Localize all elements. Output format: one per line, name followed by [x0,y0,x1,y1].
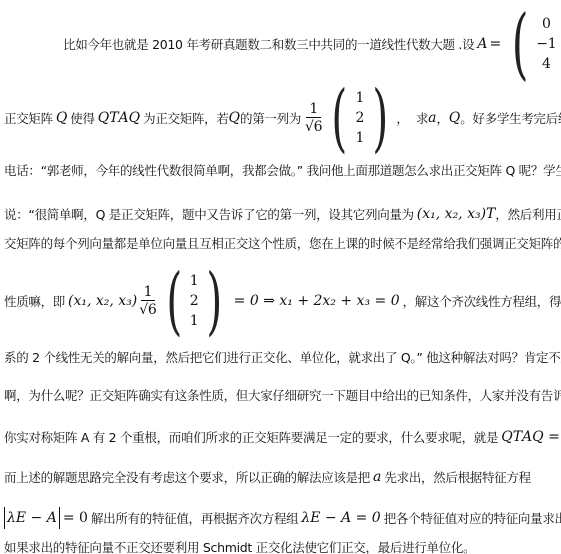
line-4: 说：“很简单啊，Q 是正交矩阵，题中又告诉了它的第一列，设其它列向量为 (x₁,… [4,203,561,225]
fraction: 1 √6 [139,284,156,319]
line-5: 交矩阵的每个列向量都是单位向量且互相正交这个性质，您在上课的时候不是经常给我们强… [4,233,561,253]
var-A: A [477,36,487,52]
text: 比如今年也就是 2010 年考研真题数二和数三中共同的一道线性代数大题 .设 [63,35,474,53]
equals: = [489,36,501,52]
matrix-A: ( 0 −1 4 −1 3 a 4 a 0 ) [505,5,561,83]
line-11: λE − A = 0 解出所有的特征值，再根据齐次方程组 λE − A = 0 … [4,506,561,530]
line-9: 你实对称矩阵 A 有 2 个重根，而咱们所求的正交矩阵要满足一定的要求，什么要求… [4,426,561,448]
line-2: 正交矩阵 Q 使得 QT AQ 为正交矩阵，若 Q 的第一列为 1 √6 ( 1… [4,84,561,152]
line-1: 比如今年也就是 2010 年考研真题数二和数三中共同的一道线性代数大题 .设 A… [63,10,561,78]
line-12: 如果求出的特征向量不正交还要利用 Schmidt 正交化法使它们正交，最后进行单… [4,537,475,554]
line-6: 性质嘛，即 (x₁, x₂, x₃) 1 √6 ( 1 2 1 ) = 0 ⇒ … [4,268,561,334]
line-3: 电话：“郭老师，今年的线性代数很简单啊，我都会做。” 我问他上面那道题怎么求出正… [4,160,561,180]
vector: ( 1 2 1 ) [160,264,229,338]
line-7: 系的 2 个线性无关的解向量，然后把它们进行正交化、单位化，就求出了 Q。” 他… [4,347,561,367]
line-8: 啊，为什么呢？正交矩阵确实有这条性质，但大家仔细研究一下题目中给出的已知条件，人… [4,385,561,405]
line-10: 而上述的解题思路完全没有考虑这个要求，所以正确的解法应该是把 a 先求出，然后根… [4,467,531,487]
vector: ( 1 2 1 ) [325,81,394,155]
determinant: λE − A [4,507,60,529]
fraction: 1 √6 [305,101,322,136]
